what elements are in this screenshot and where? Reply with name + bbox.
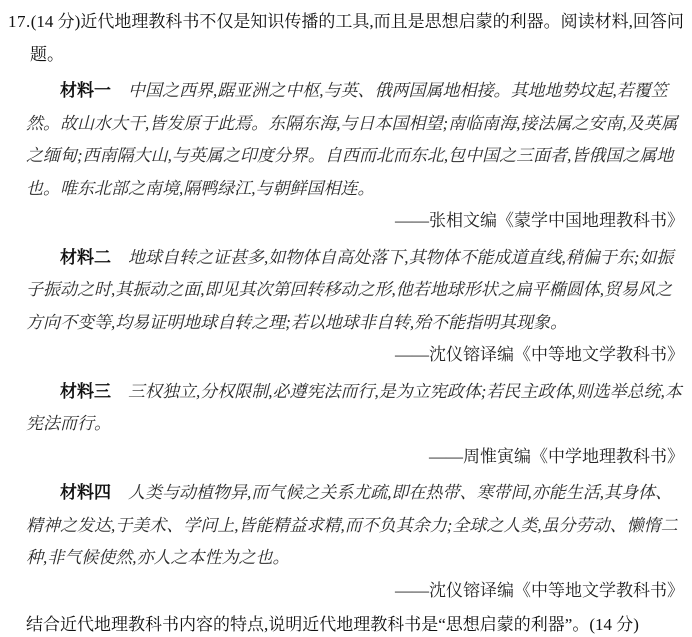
exam-page: 17.(14 分)近代地理教科书不仅是知识传播的工具,而且是思想启蒙的利器。阅读… xyxy=(0,0,692,637)
material-text-1: 中国之西界,踞亚洲之中枢,与英、俄两国属地相接。其地地势坟起,若覆笠然。故山水大… xyxy=(26,81,678,198)
material-source-3: ——周惟寅编《中学地理教科书》 xyxy=(26,441,684,474)
material-paragraph-3: 材料三三权独立,分权限制,必遵宪法而行,是为立宪政体;若民主政体,则选举总统,本… xyxy=(26,376,686,441)
material-text-3: 三权独立,分权限制,必遵宪法而行,是为立宪政体;若民主政体,则选举总统,本宪法而… xyxy=(26,382,682,434)
material-label-2: 材料二 xyxy=(60,248,111,267)
question-points: (14 分) xyxy=(31,12,81,31)
material-label-1: 材料一 xyxy=(60,81,111,100)
material-source-2: ——沈仪镕译编《中等地文学教科书》 xyxy=(26,339,684,372)
question-intro-text: 近代地理教科书不仅是知识传播的工具,而且是思想启蒙的利器。阅读材料,回答问题。 xyxy=(30,12,684,64)
question-task: 结合近代地理教科书内容的特点,说明近代地理教科书是“思想启蒙的利器”。(14 分… xyxy=(26,609,684,637)
material-text-4: 人类与动植物异,而气候之关系尤疏,即在热带、寒带间,亦能生活,其身体、精神之发达… xyxy=(26,483,678,567)
material-paragraph-4: 材料四人类与动植物异,而气候之关系尤疏,即在热带、寒带间,亦能生活,其身体、精神… xyxy=(26,477,686,575)
material-paragraph-1: 材料一中国之西界,踞亚洲之中枢,与英、俄两国属地相接。其地地势坟起,若覆笠然。故… xyxy=(26,75,686,205)
material-source-4: ——沈仪镕译编《中等地文学教科书》 xyxy=(26,575,684,608)
question-number: 17. xyxy=(8,12,31,31)
material-paragraph-2: 材料二地球自转之证甚多,如物体自高处落下,其物体不能成道直线,稍偏于东;如振子振… xyxy=(26,242,686,340)
material-label-3: 材料三 xyxy=(60,382,111,401)
material-text-2: 地球自转之证甚多,如物体自高处落下,其物体不能成道直线,稍偏于东;如振子振动之时… xyxy=(26,248,673,332)
material-label-4: 材料四 xyxy=(60,483,111,502)
question-stem: 17.(14 分)近代地理教科书不仅是知识传播的工具,而且是思想启蒙的利器。阅读… xyxy=(30,6,684,71)
material-source-1: ——张相文编《蒙学中国地理教科书》 xyxy=(26,205,684,238)
